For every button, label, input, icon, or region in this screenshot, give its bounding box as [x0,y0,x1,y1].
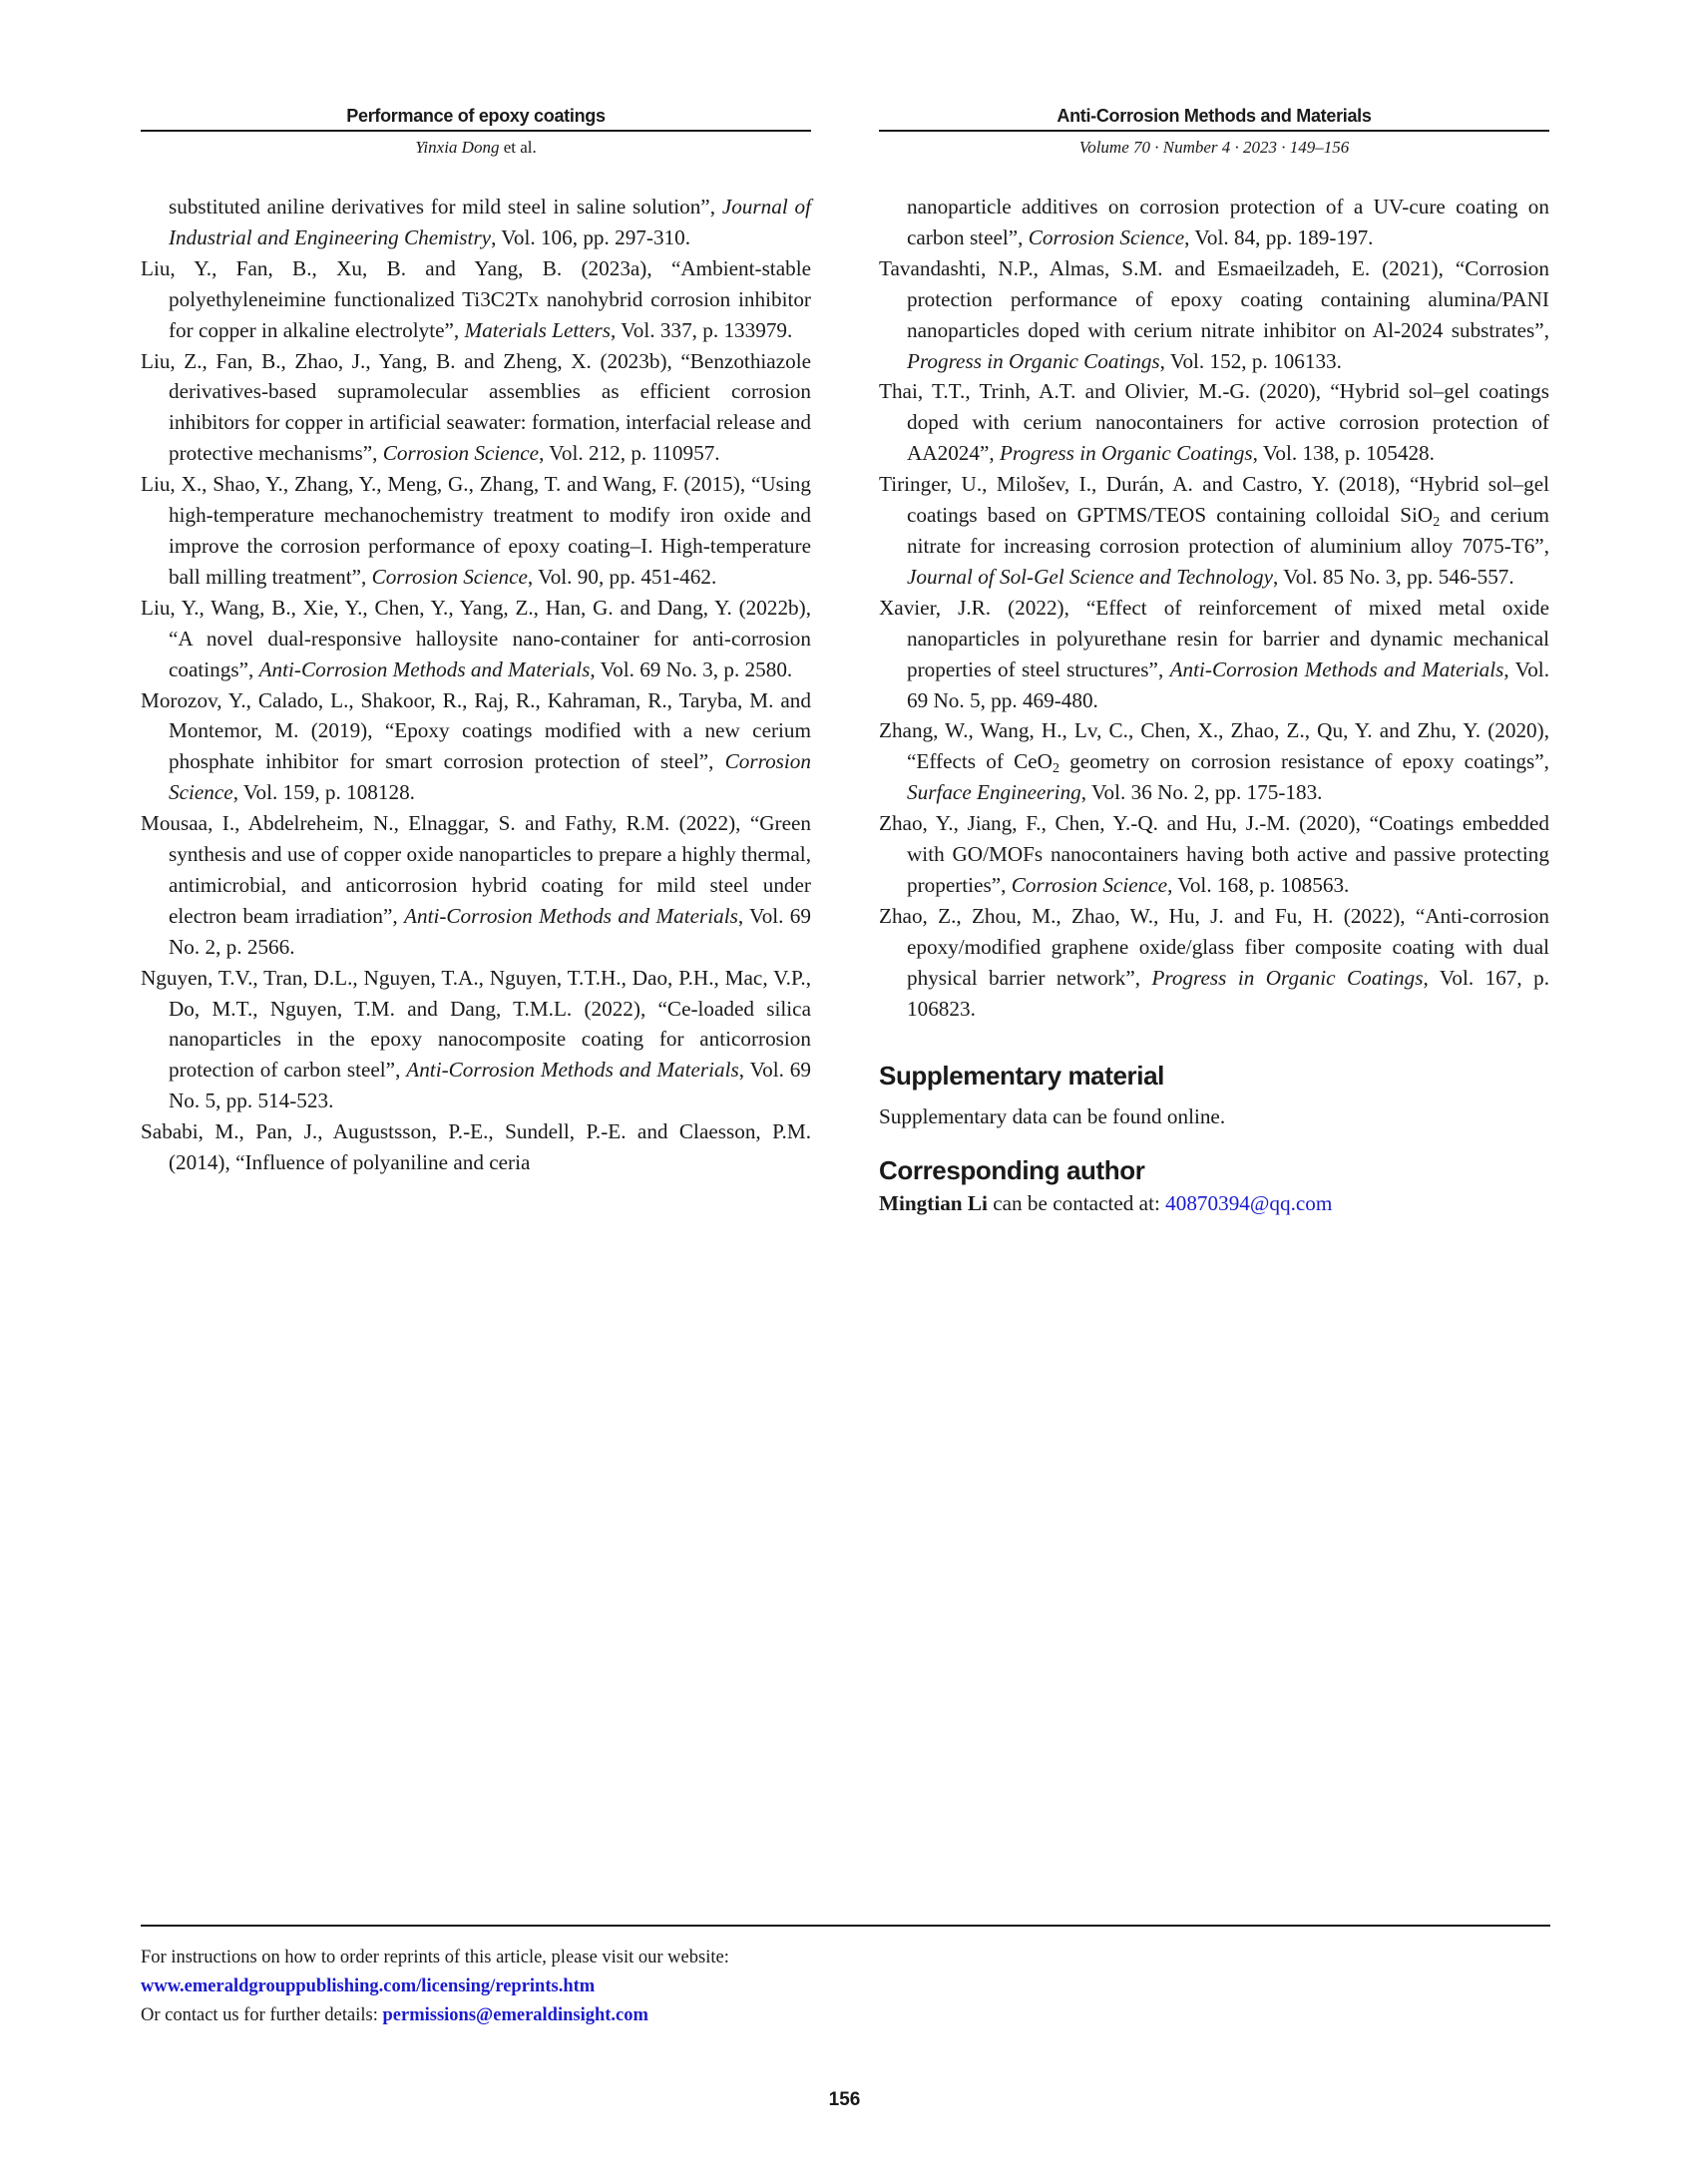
running-author: Yinxia Dong et al. [141,137,811,159]
running-title: Performance of epoxy coatings [141,104,811,132]
reference-item: Sababi, M., Pan, J., Augustsson, P.-E., … [141,1116,811,1178]
reference-item: Morozov, Y., Calado, L., Shakoor, R., Ra… [141,685,811,809]
supplementary-text: Supplementary data can be found online. [879,1101,1549,1132]
reference-item: substituted aniline derivatives for mild… [141,192,811,253]
journal-title: Anti-Corrosion Methods and Materials [879,104,1549,132]
permissions-email-link[interactable]: permissions@emeraldinsight.com [382,2005,647,2025]
author-email-link[interactable]: 40870394@qq.com [1165,1191,1332,1215]
footer-divider [141,1925,1550,1927]
reference-item: Thai, T.T., Trinh, A.T. and Olivier, M.-… [879,376,1549,469]
page-number: 156 [0,2089,1689,2111]
reference-item: Liu, Y., Fan, B., Xu, B. and Yang, B. (2… [141,253,811,346]
references-column-right: nanoparticle additives on corrosion prot… [879,192,1549,1219]
references-column-left: substituted aniline derivatives for mild… [141,192,811,1178]
contact-line: Or contact us for further details: permi… [141,2001,729,2030]
journal-volume: Volume 70 · Number 4 · 2023 · 149–156 [879,137,1549,159]
author-name: Yinxia Dong [415,138,499,157]
reprints-footer: For instructions on how to order reprint… [141,1944,729,2030]
reference-item: Liu, X., Shao, Y., Zhang, Y., Meng, G., … [141,469,811,593]
reference-item: Nguyen, T.V., Tran, D.L., Nguyen, T.A., … [141,963,811,1117]
reference-item: Liu, Y., Wang, B., Xie, Y., Chen, Y., Ya… [141,593,811,685]
author-suffix: et al. [499,138,536,157]
reference-item: Tavandashti, N.P., Almas, S.M. and Esmae… [879,253,1549,377]
author-name: Mingtian Li [879,1191,988,1215]
reference-item: nanoparticle additives on corrosion prot… [879,192,1549,253]
reference-item: Mousaa, I., Abdelreheim, N., Elnaggar, S… [141,808,811,963]
reference-item: Zhao, Z., Zhou, M., Zhao, W., Hu, J. and… [879,901,1549,1025]
corresponding-author-contact: Mingtian Li can be contacted at: 4087039… [879,1188,1549,1219]
reprints-url-link[interactable]: www.emeraldgrouppublishing.com/licensing… [141,1976,595,1996]
running-header-right: Anti-Corrosion Methods and Materials Vol… [879,104,1549,159]
reference-item: Xavier, J.R. (2022), “Effect of reinforc… [879,593,1549,716]
reference-item: Zhao, Y., Jiang, F., Chen, Y.-Q. and Hu,… [879,808,1549,901]
reference-item: Zhang, W., Wang, H., Lv, C., Chen, X., Z… [879,715,1549,808]
supplementary-heading: Supplementary material [879,1060,1549,1092]
reference-item: Tiringer, U., Milošev, I., Durán, A. and… [879,469,1549,593]
reference-item: Liu, Z., Fan, B., Zhao, J., Yang, B. and… [141,346,811,470]
corresponding-author-heading: Corresponding author [879,1154,1549,1186]
reprints-instructions: For instructions on how to order reprint… [141,1944,729,1972]
volume-info: Volume 70 · Number 4 · 2023 · 149–156 [1079,138,1350,157]
running-header-left: Performance of epoxy coatings Yinxia Don… [141,104,811,159]
